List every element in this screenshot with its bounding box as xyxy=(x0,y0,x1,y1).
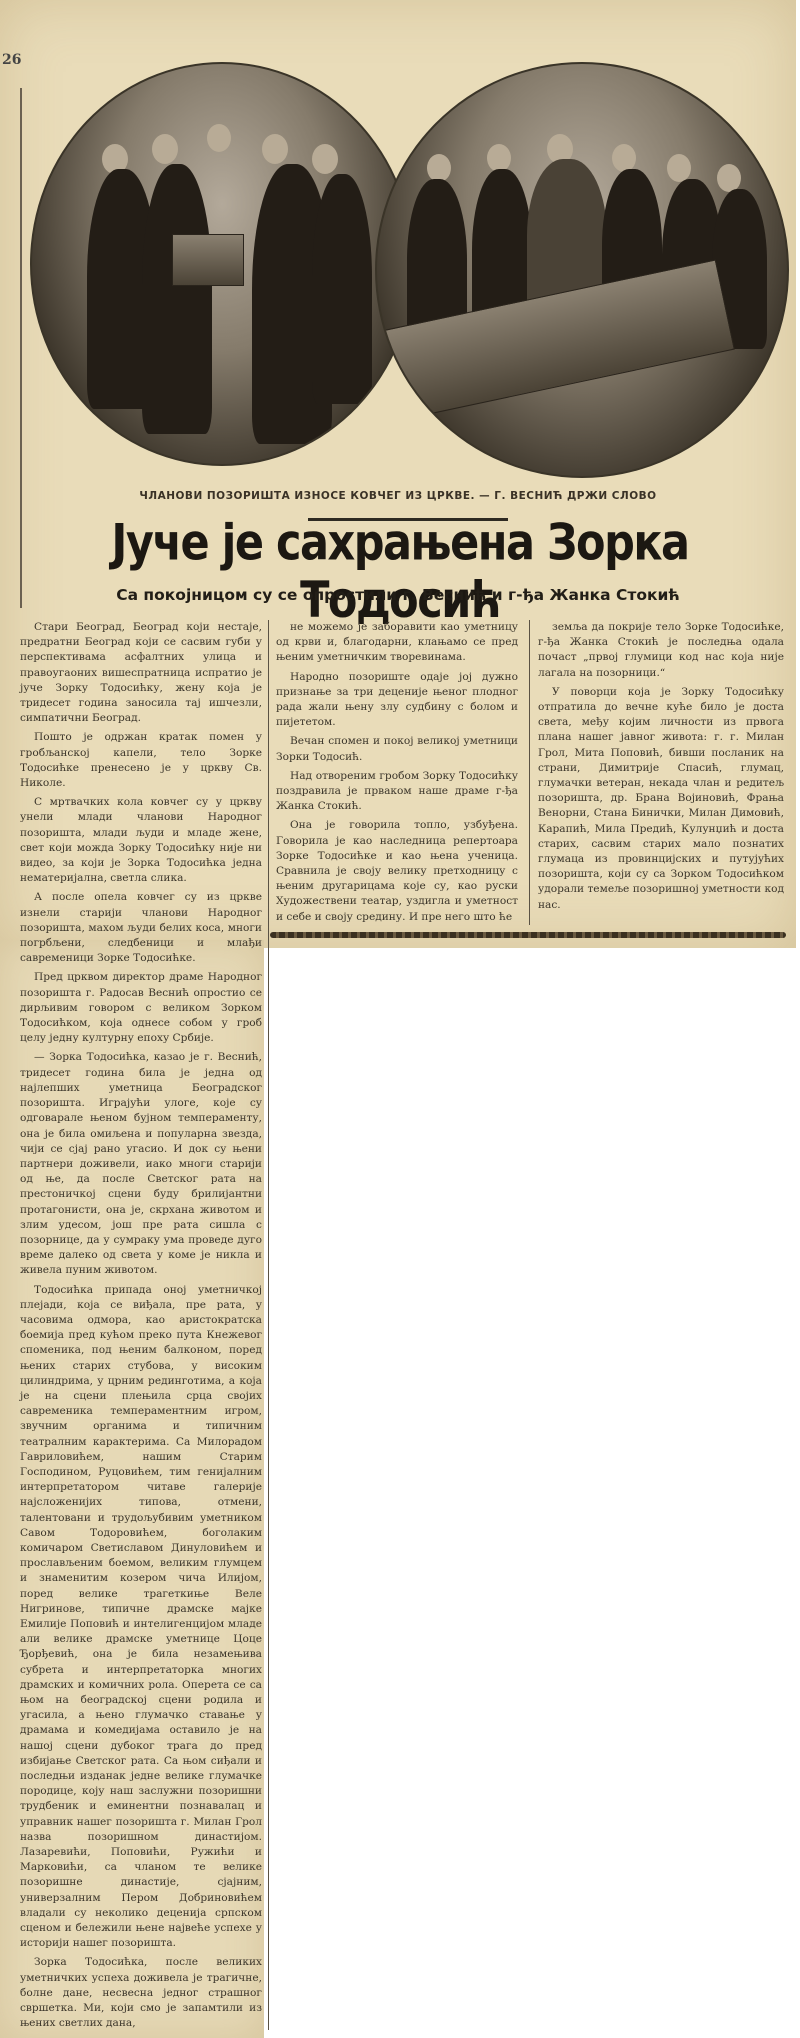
photo-caption: ЧЛАНОВИ ПОЗОРИШТА ИЗНОСЕ КОВЧЕГ ИЗ ЦРКВЕ… xyxy=(0,490,796,502)
article-paragraph: Тодосићка припада оној уметничкој плејад… xyxy=(20,1283,262,1952)
article-paragraph: А после опела ковчег су из цркве изнели … xyxy=(20,890,262,966)
article-column-2: не можемо је заборавити као уметницу од … xyxy=(276,620,518,929)
article-paragraph: С мртвачких кола ковчег су у цркву унели… xyxy=(20,795,262,886)
column-rule xyxy=(529,620,530,925)
article-end-rule xyxy=(270,932,786,938)
article-paragraph: Над отвореним гробом Зорку Тодосићку поз… xyxy=(276,769,518,815)
article-column-3: земља да покрије тело Зорке Тодосићке, г… xyxy=(538,620,784,917)
article-paragraph: Пред црквом директор драме Народног позо… xyxy=(20,970,262,1046)
subheadline: Са покојницом су се опростили г. Веснић … xyxy=(0,586,796,604)
article-paragraph: Народно позориште одаје јој дужно призна… xyxy=(276,670,518,731)
article-paragraph: — Зорка Тодосићка, казао је г. Веснић, т… xyxy=(20,1050,262,1278)
article-paragraph: Она је говорила топло, узбуђена. Говорил… xyxy=(276,818,518,924)
headline: Јуче је сахрањена Зорка Тодосић xyxy=(10,515,790,630)
page-number: 26 xyxy=(2,52,21,68)
photo-graveside-speech xyxy=(375,62,789,478)
photo-coffin-procession xyxy=(30,62,414,466)
article-paragraph: Вечан спомен и покој великој уметници Зо… xyxy=(276,734,518,764)
article-paragraph: У поворци која је Зорку Тодосићку отпрат… xyxy=(538,685,784,913)
article-column-1: Стари Београд, Београд који нестаје, пре… xyxy=(20,620,262,2035)
article-paragraph: Стари Београд, Београд који нестаје, пре… xyxy=(20,620,262,726)
article-paragraph: Пошто је одржан кратак помен у гробљанск… xyxy=(20,730,262,791)
article-paragraph: не можемо је заборавити као уметницу од … xyxy=(276,620,518,666)
column-rule xyxy=(268,620,269,2030)
article-paragraph: земља да покрије тело Зорке Тодосићке, г… xyxy=(538,620,784,681)
article-paragraph: Зорка Тодосићка, после великих уметнички… xyxy=(20,1955,262,2031)
